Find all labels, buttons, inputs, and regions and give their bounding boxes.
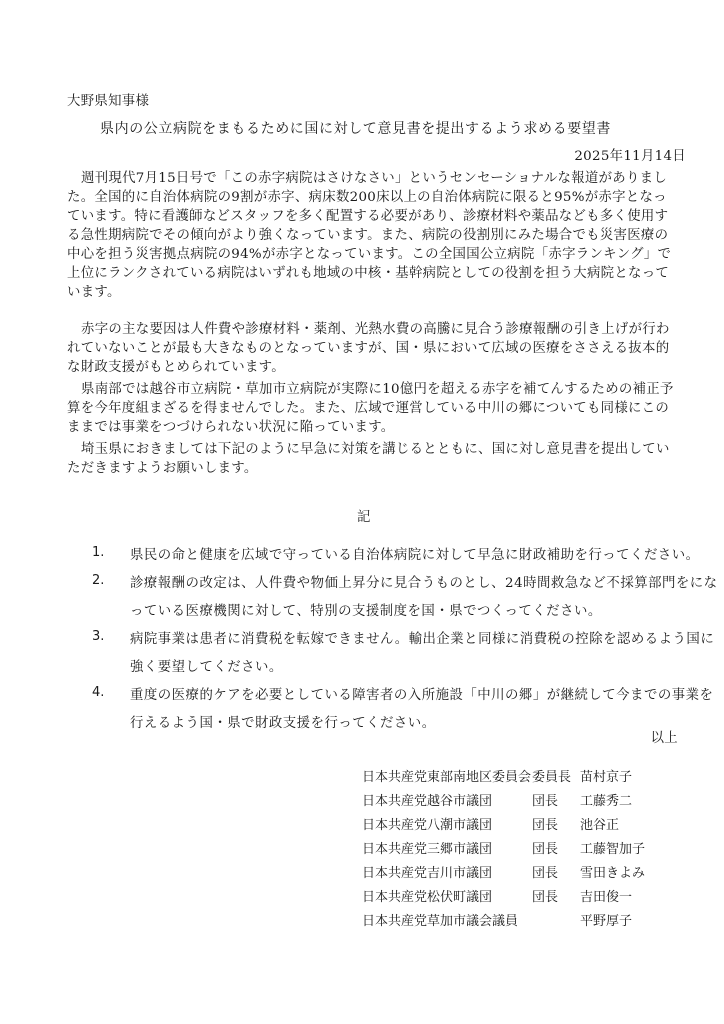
paragraph-line: います。	[67, 284, 687, 302]
paragraph-line: ままでは事業をつづけられない状況に陥っています。	[67, 419, 687, 437]
item-text: 重度の医療的ケアを必要としている障害者の入所施設「中川の郷」が継続して今までの事…	[130, 684, 713, 703]
paragraph-line: ただきますようお願いします。	[67, 460, 687, 478]
signatory-row: 日本共産党草加市議会議員平野厚子	[362, 913, 632, 931]
signatory-org: 日本共産党吉川市議団	[362, 865, 532, 883]
document-page: 大野県知事様 県内の公立病院をまもるために国に対して意見書を提出するよう求める要…	[0, 0, 724, 1024]
signatory-row: 日本共産党松伏町議団団長吉田俊一	[362, 889, 632, 907]
item-text: っている医療機関に対して、特別の支援制度を国・県でつくってください。	[130, 600, 602, 619]
signatory-name: 工藤秀二	[580, 793, 632, 811]
signatory-org: 日本共産党東部南地区委員会	[362, 769, 532, 787]
item-number: 2.	[92, 573, 104, 588]
signatory-row: 日本共産党吉川市議団団長雪田きよみ	[362, 865, 645, 883]
paragraph-line: 中心を担う災害拠点病院の94%が赤字となっています。この全国国公立病院「赤字ラン…	[67, 246, 687, 264]
signatory-role: 団長	[532, 841, 580, 859]
paragraph-line: る急性期病院でその傾向がより強くなっています。また、病院の役割別にみた場合でも災…	[67, 227, 687, 245]
addressee: 大野県知事様	[67, 93, 149, 111]
item-text: 行えるよう国・県で財政支援を行ってください。	[130, 712, 436, 731]
closing-mark: 以上	[651, 730, 678, 748]
signatory-org: 日本共産党越谷市議団	[362, 793, 532, 811]
ki-heading: 記	[357, 509, 371, 527]
signatory-name: 雪田きよみ	[580, 865, 645, 883]
signatory-role: 団長	[532, 793, 580, 811]
item-text: 診療報酬の改定は、人件費や物価上昇分に見合うものとし、24時間救急など不採算部門…	[130, 572, 718, 591]
signatory-org: 日本共産党草加市議会議員	[362, 913, 580, 931]
signatory-row: 日本共産党東部南地区委員会委員長苗村京子	[362, 769, 632, 787]
item-number: 4.	[92, 685, 104, 700]
signatory-org: 日本共産党松伏町議団	[362, 889, 532, 907]
signatory-name: 吉田俊一	[580, 889, 632, 907]
paragraph-line: ています。特に看護師などスタッフを多く配置する必要があり、診療材料や薬品なども多…	[67, 208, 687, 226]
paragraph-line: た。全国的に自治体病院の9割が赤字、病床数200床以上の自治体病院に限ると95%…	[67, 189, 687, 207]
paragraph-line: 埼玉県におきましては下記のように早急に対策を講じるとともに、国に対し意見書を提出…	[67, 441, 701, 459]
item-number: 1.	[92, 545, 104, 560]
paragraph-line: 上位にランクされている病院はいずれも地域の中核・基幹病院としての役割を担う大病院…	[67, 265, 687, 283]
signatory-name: 池谷正	[580, 817, 619, 835]
signatory-row: 日本共産党越谷市議団団長工藤秀二	[362, 793, 632, 811]
document-title: 県内の公立病院をまもるために国に対して意見書を提出するよう求める要望書	[100, 120, 611, 138]
paragraph-line: 赤字の主な要因は人件費や診療材料・薬剤、光熱水費の高騰に見合う診療報酬の引き上げ…	[67, 321, 701, 339]
signatory-org: 日本共産党八潮市議団	[362, 817, 532, 835]
item-number: 3.	[92, 629, 104, 644]
paragraph-line: 算を今年度組まざるを得ませんでした。また、広域で運営している中川の郷についても同…	[67, 400, 687, 418]
signatory-row: 日本共産党八潮市議団団長池谷正	[362, 817, 619, 835]
signatory-name: 苗村京子	[580, 769, 632, 787]
paragraph-line: れていないことが最も大きなものとなっていますが、国・県において広域の医療をささえ…	[67, 340, 687, 358]
signatory-role: 団長	[532, 889, 580, 907]
signatory-name: 工藤智加子	[580, 841, 645, 859]
signatory-role: 団長	[532, 817, 580, 835]
item-text: 県民の命と健康を広域で守っている自治体病院に対して早急に財政補助を行ってください…	[130, 544, 700, 563]
signatory-org: 日本共産党三郷市議団	[362, 841, 532, 859]
paragraph-line: 週刊現代7月15日号で「この赤字病院はさけなさい」というセンセーショナルな報道が…	[67, 170, 701, 188]
paragraph-line: な財政支援がもとめられています。	[67, 359, 687, 377]
signatory-role: 団長	[532, 865, 580, 883]
item-text: 強く要望してください。	[130, 656, 283, 675]
item-text: 病院事業は患者に消費税を転嫁できません。輸出企業と同様に消費税の控除を認めるよう…	[130, 628, 714, 647]
signatory-role: 委員長	[532, 769, 580, 787]
signatory-row: 日本共産党三郷市議団団長工藤智加子	[362, 841, 645, 859]
document-date: 2025年11月14日	[574, 148, 686, 166]
paragraph-line: 県南部では越谷市立病院・草加市立病院が実際に10億円を超える赤字を補てんするため…	[67, 381, 701, 399]
signatory-name: 平野厚子	[580, 913, 632, 931]
